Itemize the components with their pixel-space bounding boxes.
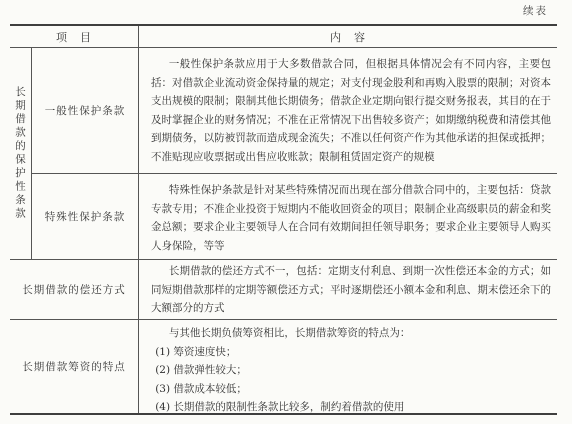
header-cell-content: 内 容 bbox=[138, 26, 557, 48]
continued-table-label: 续表 bbox=[523, 3, 548, 18]
characteristic-item-3: (3) 借款成本较低； bbox=[151, 380, 551, 399]
row-label-repayment-methods: 长期借款的偿还方式 bbox=[10, 260, 138, 320]
characteristic-item-2: (2) 借款弹性较大； bbox=[151, 361, 551, 380]
paragraph: 特殊性保护条款是针对某些特殊情况而出现在部分借款合同中的，主要包括：贷款专款专用… bbox=[151, 181, 551, 255]
characteristics-intro: 与其他长期负债筹资相比，长期借款筹资的特点为： bbox=[151, 324, 551, 343]
paragraph: 一般性保护条款应用于大多数借款合同，但根据具体情况会有不同内容，主要包括：对借款… bbox=[151, 55, 551, 166]
long-term-loan-table: 项 目 内 容 长期借款的保护性条款 一般性保护条款 一般性保护条款应用于大多数… bbox=[10, 24, 557, 415]
row-content-repayment-methods: 长期借款的偿还方式不一，包括：定期支付利息、到期一次性偿还本金的方式；如同短期借… bbox=[138, 260, 557, 320]
row-content-special-protective-clauses: 特殊性保护条款是针对某些特殊情况而出现在部分借款合同中的，主要包括：贷款专款专用… bbox=[138, 174, 557, 260]
row-label-financing-characteristics: 长期借款筹资的特点 bbox=[10, 320, 138, 413]
characteristic-item-4: (4) 长期借款的限制性条款比较多，制约着借款的使用 bbox=[151, 398, 551, 417]
scanned-page: 续表 项 目 内 容 长期借款的保护性条款 一般性保护条款 一般性保护条款应用于… bbox=[0, 0, 572, 424]
row-content-general-protective-clauses: 一般性保护条款应用于大多数借款合同，但根据具体情况会有不同内容，主要包括：对借款… bbox=[138, 48, 557, 174]
row-label-special-protective-clauses: 特殊性保护条款 bbox=[32, 174, 138, 260]
characteristic-item-1: (1) 筹资速度快； bbox=[151, 343, 551, 362]
row-label-general-protective-clauses: 一般性保护条款 bbox=[32, 48, 138, 174]
group-label-protective-clauses: 长期借款的保护性条款 bbox=[10, 48, 32, 260]
header-cell-item: 项 目 bbox=[10, 26, 138, 48]
row-content-financing-characteristics: 与其他长期负债筹资相比，长期借款筹资的特点为： (1) 筹资速度快； (2) 借… bbox=[138, 320, 557, 413]
paragraph: 长期借款的偿还方式不一，包括：定期支付利息、到期一次性偿还本金的方式；如同短期借… bbox=[151, 262, 551, 318]
